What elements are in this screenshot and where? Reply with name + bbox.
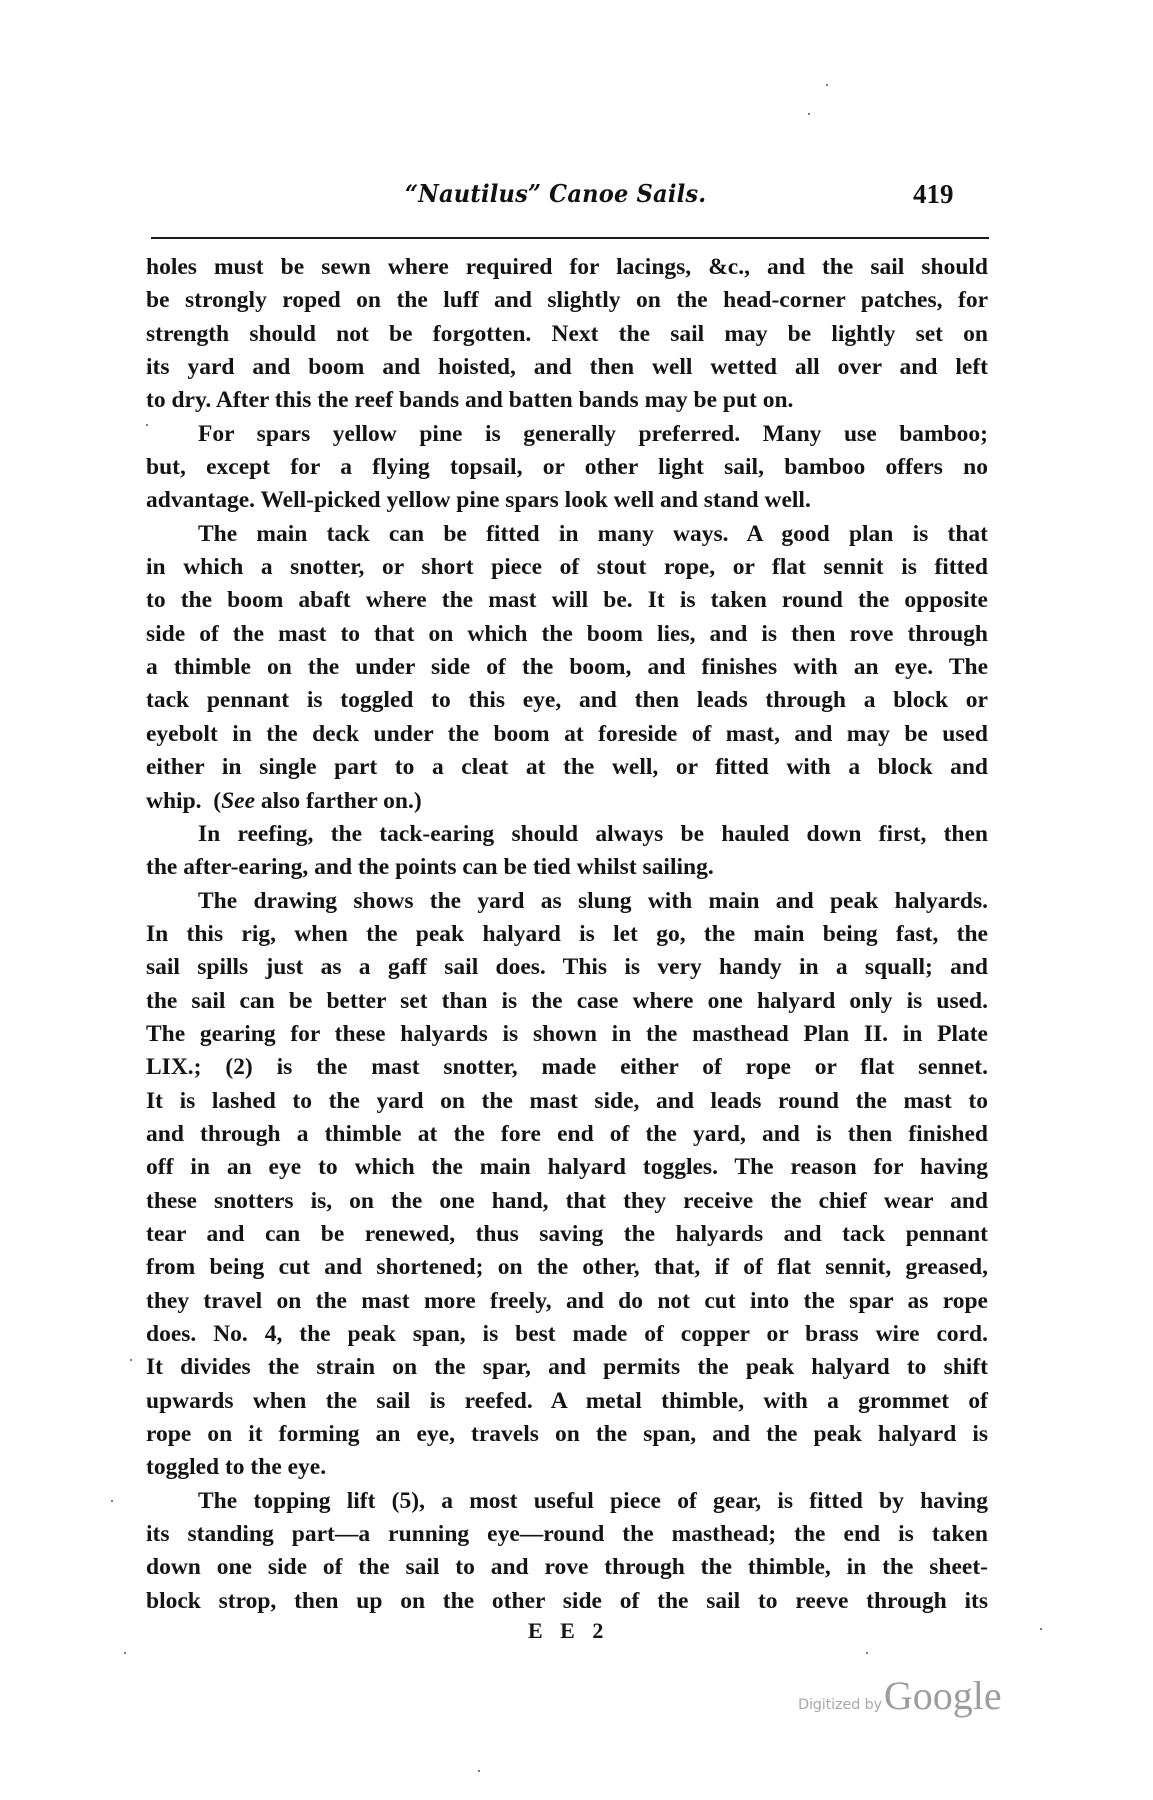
text-line: tear and can be renewed, thus saving the… bbox=[146, 1218, 988, 1251]
text-run: whip. ( bbox=[146, 788, 221, 814]
text-line: these snotters is, on the one hand, that… bbox=[146, 1185, 988, 1218]
text-line: For spars yellow pine is generally prefe… bbox=[146, 418, 988, 451]
text-line: tack pennant is toggled to this eye, and… bbox=[146, 684, 988, 717]
watermark-prefix: Digitized by bbox=[798, 1697, 882, 1713]
text-line: rope on it forming an eye, travels on th… bbox=[146, 1418, 988, 1451]
scan-speck bbox=[130, 1359, 132, 1361]
scan-speck bbox=[124, 1652, 126, 1654]
running-head: “Nautilus” Canoe Sails. 419 bbox=[146, 178, 988, 214]
text-line: to dry. After this the reef bands and ba… bbox=[146, 384, 988, 417]
text-line: In reefing, the tack-earing should alway… bbox=[146, 818, 988, 851]
italic-run: See bbox=[221, 788, 255, 814]
running-title: “Nautilus” Canoe Sails. bbox=[405, 178, 706, 210]
text-line: its yard and boom and hoisted, and then … bbox=[146, 351, 988, 384]
text-line: a thimble on the under side of the boom,… bbox=[146, 651, 988, 684]
text-line: whip. (See also farther on.) bbox=[146, 785, 988, 818]
text-line: In this rig, when the peak halyard is le… bbox=[146, 918, 988, 951]
text-line: its standing part—a running eye—round th… bbox=[146, 1518, 988, 1551]
scan-speck bbox=[826, 84, 828, 86]
text-line: eyebolt in the deck under the boom at fo… bbox=[146, 718, 988, 751]
text-line: side of the mast to that on which the bo… bbox=[146, 618, 988, 651]
text-line: block strop, then up on the other side o… bbox=[146, 1585, 988, 1618]
text-line: to the boom abaft where the mast will be… bbox=[146, 584, 988, 617]
scan-speck bbox=[478, 1770, 480, 1772]
text-line: be strongly roped on the luff and slight… bbox=[146, 284, 988, 317]
text-line: holes must be sewn where required for la… bbox=[146, 251, 988, 284]
text-line: upwards when the sail is reefed. A metal… bbox=[146, 1385, 988, 1418]
scan-speck bbox=[1040, 1628, 1042, 1630]
text-line: toggled to the eye. bbox=[146, 1451, 988, 1484]
text-line: the after-earing, and the points can be … bbox=[146, 851, 988, 884]
text-line: The gearing for these halyards is shown … bbox=[146, 1018, 988, 1051]
text-line: either in single part to a cleat at the … bbox=[146, 751, 988, 784]
scan-speck bbox=[866, 1652, 868, 1654]
text-line: and through a thimble at the fore end of… bbox=[146, 1118, 988, 1151]
text-line: LIX.; (2) is the mast snotter, made eith… bbox=[146, 1051, 988, 1084]
text-line: advantage. Well-picked yellow pine spars… bbox=[146, 484, 988, 517]
header-rule bbox=[151, 237, 989, 239]
text-line: they travel on the mast more freely, and… bbox=[146, 1285, 988, 1318]
text-line: from being cut and shortened; on the oth… bbox=[146, 1251, 988, 1284]
text-line: strength should not be forgotten. Next t… bbox=[146, 318, 988, 351]
text-run: also farther on.) bbox=[255, 788, 422, 814]
scan-speck bbox=[111, 1500, 113, 1502]
printer-signature-mark: E E 2 bbox=[528, 1616, 609, 1646]
text-line: The main tack can be fitted in many ways… bbox=[146, 518, 988, 551]
text-line: does. No. 4, the peak span, is best made… bbox=[146, 1318, 988, 1351]
body-text: holes must be sewn where required for la… bbox=[146, 251, 988, 1618]
text-line: The drawing shows the yard as slung with… bbox=[146, 885, 988, 918]
text-line: but, except for a flying topsail, or oth… bbox=[146, 451, 988, 484]
text-line: off in an eye to which the main halyard … bbox=[146, 1151, 988, 1184]
book-page: “Nautilus” Canoe Sails. 419 holes must b… bbox=[0, 0, 1153, 1800]
page-number: 419 bbox=[913, 178, 954, 210]
text-line: the sail can be better set than is the c… bbox=[146, 985, 988, 1018]
google-logo-text: Google bbox=[884, 1673, 1002, 1718]
text-line: It divides the strain on the spar, and p… bbox=[146, 1351, 988, 1384]
text-line: It is lashed to the yard on the mast sid… bbox=[146, 1085, 988, 1118]
text-line: The topping lift (5), a most useful piec… bbox=[146, 1485, 988, 1518]
text-line: sail spills just as a gaff sail does. Th… bbox=[146, 951, 988, 984]
scan-speck bbox=[146, 424, 148, 426]
text-line: in which a snotter, or short piece of st… bbox=[146, 551, 988, 584]
text-line: down one side of the sail to and rove th… bbox=[146, 1551, 988, 1584]
digitized-by-google-watermark: Digitized byGoogle bbox=[798, 1672, 1002, 1719]
scan-speck bbox=[808, 113, 810, 115]
